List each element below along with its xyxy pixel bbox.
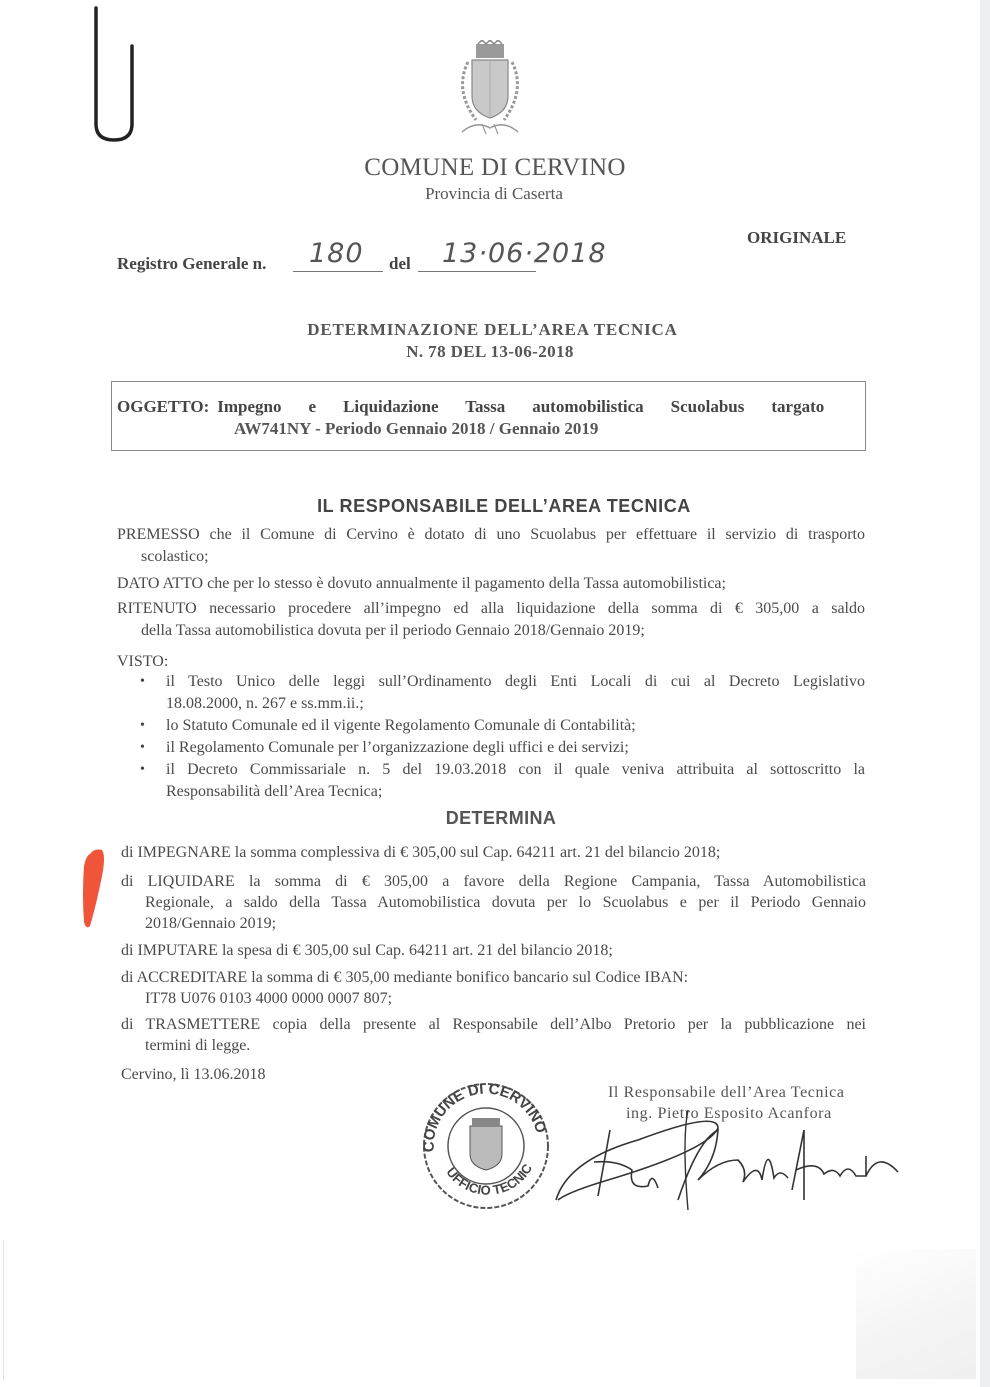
registry-label: Registro Generale n. xyxy=(117,254,266,274)
office-stamp-icon: COMUNE DI CERVINO (CE) UFFICIO TECNICO xyxy=(418,1080,554,1212)
premise-ritenuto: RITENUTO necessario procedere all’impegn… xyxy=(117,598,865,642)
premise-premesso: PREMESSO che il Comune di Cervino è dota… xyxy=(117,524,865,568)
visto-item: il Decreto Commissariale n. 5 del 19.03.… xyxy=(137,759,865,803)
visto-label: VISTO: xyxy=(117,651,865,673)
registry-number: 180 xyxy=(309,238,364,269)
registry-date-field: 13·06·2018 xyxy=(418,238,536,272)
premise-dato-atto: DATO ATTO che per lo stesso è dovuto ann… xyxy=(117,573,865,595)
registry-date-label: del xyxy=(389,254,411,274)
decision-impegnare: di IMPEGNARE la somma complessiva di € 3… xyxy=(121,842,866,863)
subject-line-1: OGGETTO:Impegno e Liquidazione Tassa aut… xyxy=(117,397,824,417)
highlight-mark xyxy=(80,846,108,930)
iban: IT78 U076 0103 4000 0000 0007 807; xyxy=(121,988,866,1009)
determination-title: DETERMINAZIONE DELL’AREA TECNICA xyxy=(0,320,980,340)
document-status: ORIGINALE xyxy=(747,228,846,248)
decision-liquidare: di LIQUIDARE la somma di € 305,00 a favo… xyxy=(121,871,866,934)
visto-item: il Testo Unico delle leggi sull’Ordiname… xyxy=(137,671,865,715)
visto-item: il Regolamento Comunale per l’organizzaz… xyxy=(137,737,865,759)
visto-item: lo Statuto Comunale ed il vigente Regola… xyxy=(137,715,865,737)
subject-text-1: Impegno e Liquidazione Tassa automobilis… xyxy=(217,397,824,417)
paper-clip-icon xyxy=(92,6,138,142)
place-and-date: Cervino, lì 13.06.2018 xyxy=(121,1066,265,1084)
responsible-heading: IL RESPONSABILE DELL’AREA TECNICA xyxy=(0,496,990,517)
determination-number: N. 78 DEL 13-06-2018 xyxy=(0,342,980,362)
province-name: Provincia di Caserta xyxy=(0,184,980,204)
registry-number-field: 180 xyxy=(293,238,383,272)
registry-date: 13·06·2018 xyxy=(442,238,607,269)
scan-edge xyxy=(980,0,990,1387)
subject-label: OGGETTO: xyxy=(117,397,209,416)
determina-heading: DETERMINA xyxy=(0,808,990,829)
scan-shadow xyxy=(856,1249,976,1379)
signature-icon xyxy=(548,1100,918,1215)
decision-accreditare: di ACCREDITARE la somma di € 305,00 medi… xyxy=(121,967,866,1009)
decision-trasmettere: di TRASMETTERE copia della presente al R… xyxy=(121,1014,866,1056)
decision-imputare: di IMPUTARE la spesa di € 305,00 sul Cap… xyxy=(121,940,866,961)
coat-of-arms-icon xyxy=(442,40,538,140)
scan-edge-left xyxy=(3,1240,4,1380)
subject-line-2: AW741NY - Periodo Gennaio 2018 / Gennaio… xyxy=(234,419,598,439)
visto-list: il Testo Unico delle leggi sull’Ordiname… xyxy=(137,671,865,803)
institution-name: COMUNE DI CERVINO xyxy=(0,154,990,182)
